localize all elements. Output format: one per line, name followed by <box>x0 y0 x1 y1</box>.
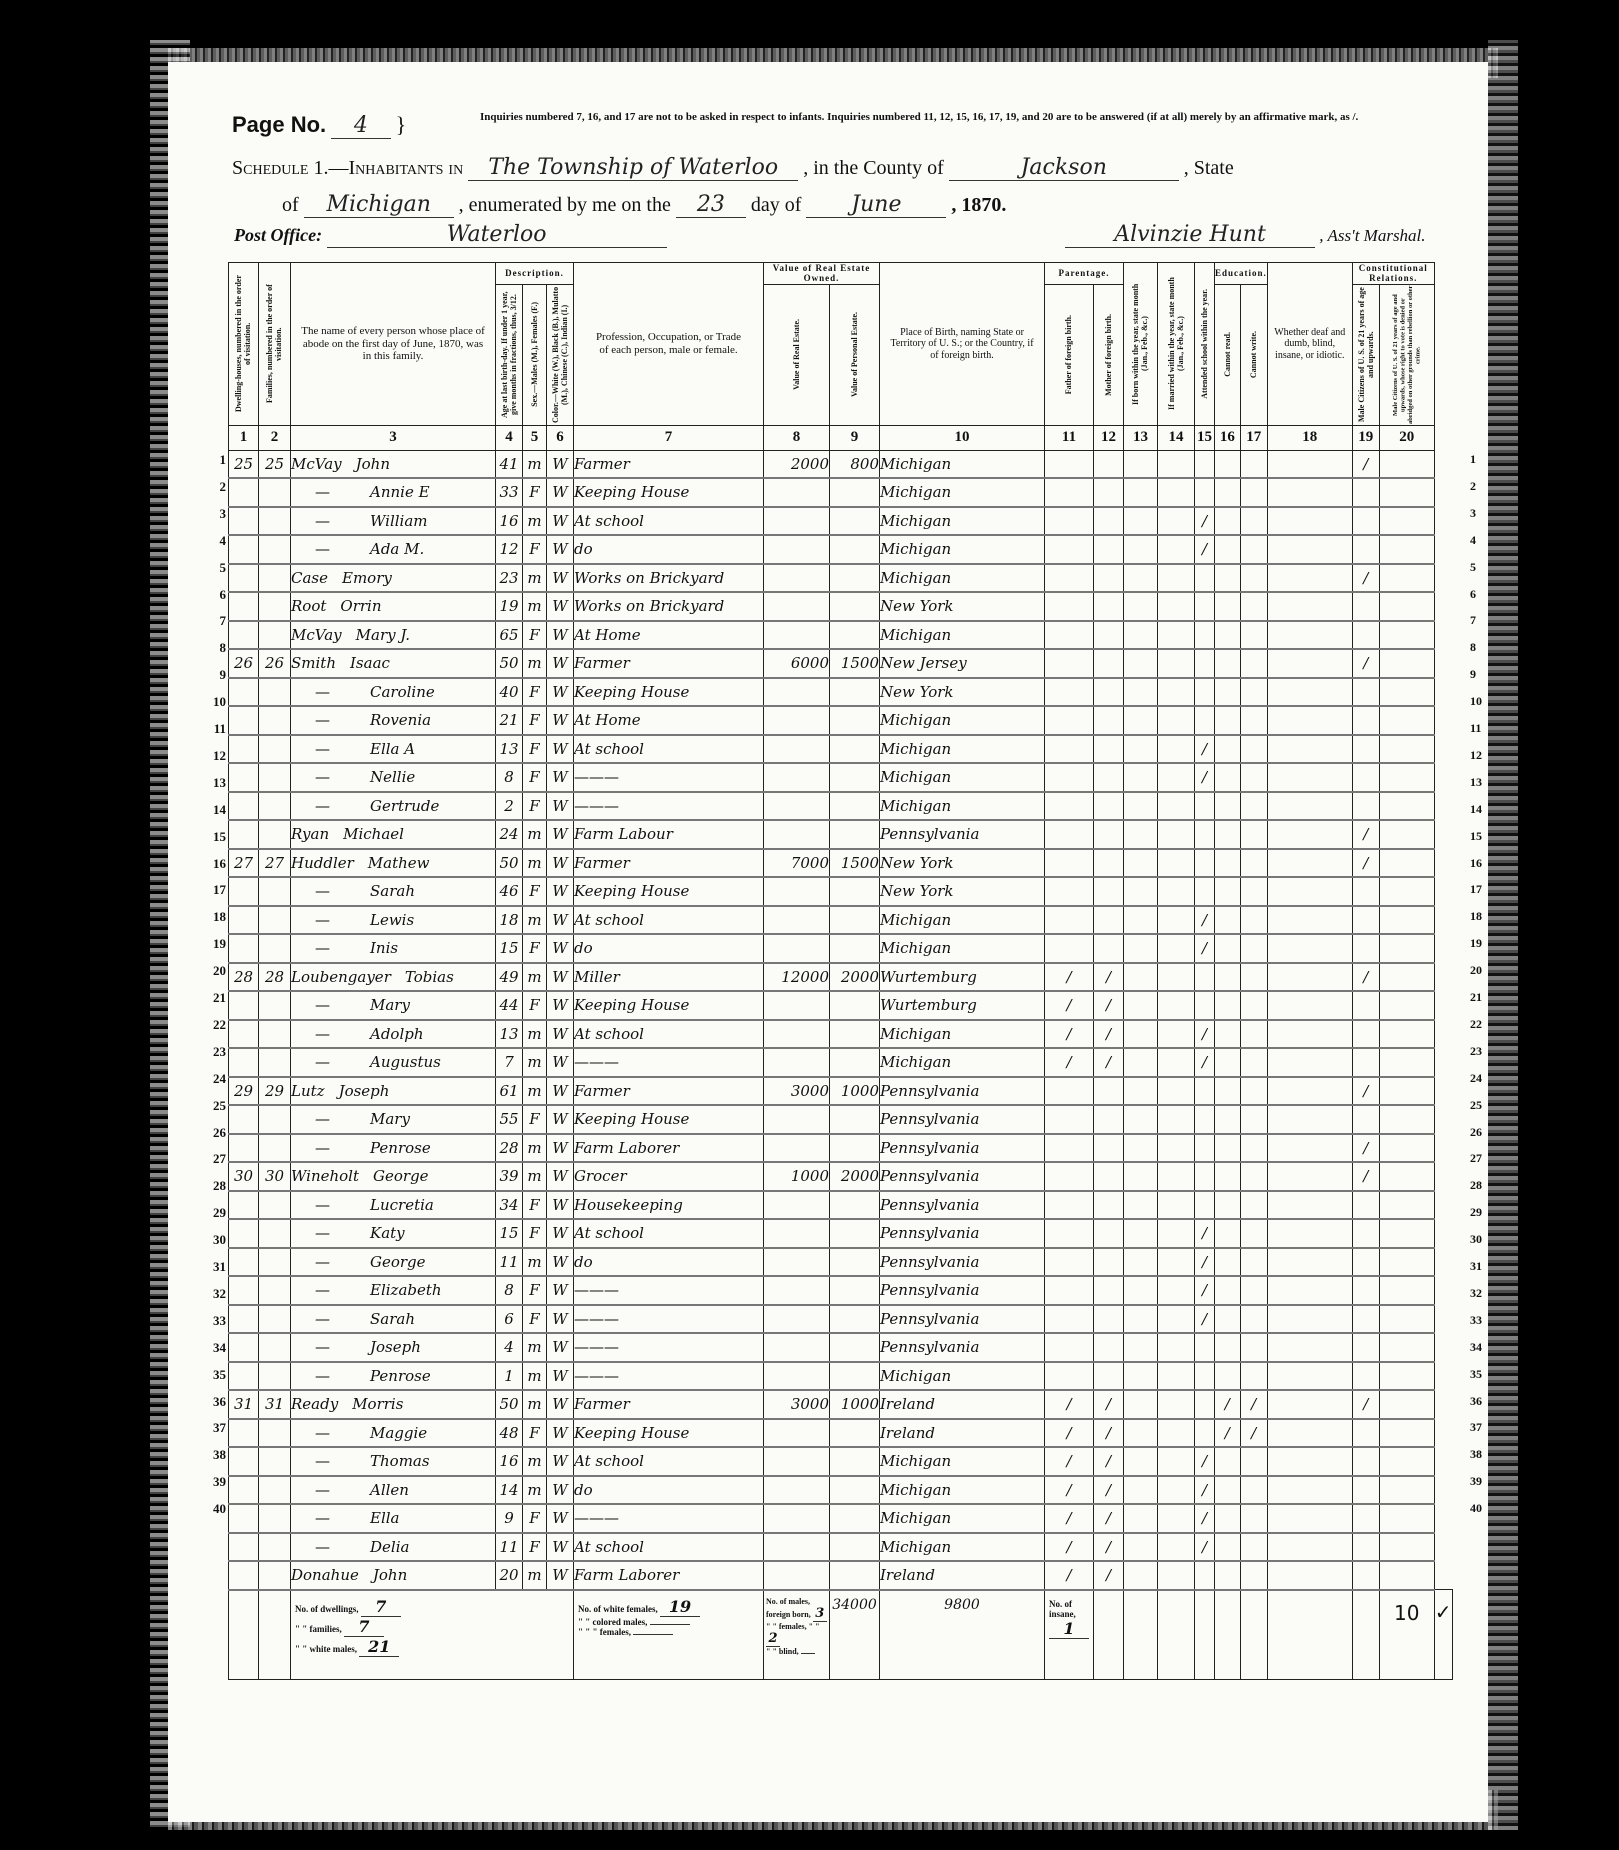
vote-denied <box>1379 1476 1434 1505</box>
age: 4 <box>496 1333 523 1362</box>
summary-foreign-females: " " females, " " 2 <box>766 1622 827 1647</box>
person-name: RootOrrin <box>291 592 496 621</box>
col16-header: Cannot read. <box>1223 332 1232 377</box>
deaf-blind-insane <box>1267 507 1352 536</box>
real-estate-value <box>764 934 830 963</box>
family-number <box>259 763 291 792</box>
married-within-year <box>1158 1162 1195 1191</box>
deaf-blind-insane <box>1267 1020 1352 1049</box>
census-row: RootOrrin19mWWorks on BrickyardNew York <box>229 592 1453 621</box>
color: W <box>547 877 574 906</box>
vote-denied <box>1379 763 1434 792</box>
mother-foreign-mark: / <box>1094 1476 1124 1505</box>
personal-estate-value <box>830 621 880 650</box>
color: W <box>547 1561 574 1590</box>
married-within-year <box>1158 735 1195 764</box>
dwelling-number <box>229 1219 259 1248</box>
age: 21 <box>496 706 523 735</box>
dwellings-value: 7 <box>361 1597 401 1617</box>
family-number <box>259 678 291 707</box>
line-number: 32 <box>198 1286 226 1302</box>
born-within-year <box>1124 849 1158 878</box>
state-field: Michigan <box>304 192 454 218</box>
deaf-blind-insane <box>1267 1134 1352 1163</box>
deaf-blind-insane <box>1267 1077 1352 1106</box>
cannot-write-mark <box>1240 763 1267 792</box>
vote-denied <box>1379 1305 1434 1334</box>
age: 28 <box>496 1134 523 1163</box>
given-name: Joseph <box>339 1082 390 1100</box>
sex: F <box>523 1533 547 1562</box>
born-within-year <box>1124 906 1158 935</box>
married-within-year <box>1158 1333 1195 1362</box>
real-estate-value <box>764 1476 830 1505</box>
sex: m <box>523 820 547 849</box>
real-estate-value <box>764 592 830 621</box>
vote-denied <box>1379 1248 1434 1277</box>
surname: — <box>315 768 330 786</box>
vote-denied <box>1379 934 1434 963</box>
vote-denied <box>1379 1162 1434 1191</box>
sex: m <box>523 1048 547 1077</box>
person-name: HuddlerMathew <box>291 849 496 878</box>
real-estate-value <box>764 906 830 935</box>
surname: — <box>315 740 330 758</box>
census-row: —Ella9FW———Michigan/// <box>229 1504 1453 1533</box>
deaf-blind-insane <box>1267 963 1352 992</box>
dwelling-number <box>229 1333 259 1362</box>
birthplace: Pennsylvania <box>880 1248 1045 1277</box>
family-number <box>259 1276 291 1305</box>
dwelling-number: 31 <box>229 1390 259 1419</box>
attended-school-mark <box>1195 877 1215 906</box>
surname: — <box>315 483 330 501</box>
dwelling-number <box>229 820 259 849</box>
married-within-year <box>1158 1476 1195 1505</box>
mother-foreign-mark <box>1094 1134 1124 1163</box>
citizen-mark: / <box>1352 1077 1379 1106</box>
instructions-note: Inquiries numbered 7, 16, and 17 are not… <box>480 110 1480 125</box>
cannot-read-mark <box>1215 820 1241 849</box>
cannot-read-mark <box>1215 507 1241 536</box>
dwelling-number <box>229 1105 259 1134</box>
occupation: Keeping House <box>574 478 764 507</box>
color: W <box>547 820 574 849</box>
person-name: —Mary <box>291 1105 496 1134</box>
citizen-mark <box>1352 478 1379 507</box>
married-within-year <box>1158 963 1195 992</box>
real-estate-value <box>764 763 830 792</box>
mother-foreign-mark: / <box>1094 1533 1124 1562</box>
birthplace: Michigan <box>880 1020 1045 1049</box>
birthplace: Pennsylvania <box>880 1333 1045 1362</box>
line-number: 26 <box>198 1125 226 1141</box>
born-within-year <box>1124 1191 1158 1220</box>
born-within-year <box>1124 1419 1158 1448</box>
cannot-read-mark <box>1215 1105 1241 1134</box>
age: 50 <box>496 1390 523 1419</box>
vote-denied <box>1379 1447 1434 1476</box>
born-within-year <box>1124 735 1158 764</box>
column-number-4: 4 <box>496 425 523 450</box>
surname: McVay <box>291 455 342 473</box>
line-number: 5 <box>198 560 226 576</box>
mother-foreign-mark <box>1094 678 1124 707</box>
birthplace: Ireland <box>880 1561 1045 1590</box>
census-row: —Katy15FWAt schoolPennsylvania/ <box>229 1219 1453 1248</box>
vote-denied <box>1379 649 1434 678</box>
sex: F <box>523 706 547 735</box>
birthplace: Michigan <box>880 1048 1045 1077</box>
citizen-mark: / <box>1352 564 1379 593</box>
mother-foreign-mark <box>1094 507 1124 536</box>
column-number-3: 3 <box>291 425 496 450</box>
attended-school-mark <box>1195 1077 1215 1106</box>
citizen-mark <box>1352 1305 1379 1334</box>
real-estate-value: 2000 <box>764 450 830 478</box>
color: W <box>547 991 574 1020</box>
mother-foreign-mark <box>1094 535 1124 564</box>
sex: m <box>523 906 547 935</box>
family-number <box>259 1105 291 1134</box>
sex: m <box>523 450 547 478</box>
vote-denied <box>1379 1219 1434 1248</box>
color: W <box>547 478 574 507</box>
real-estate-value <box>764 678 830 707</box>
person-name: —Caroline <box>291 678 496 707</box>
mother-foreign-mark <box>1094 478 1124 507</box>
mother-foreign-mark <box>1094 735 1124 764</box>
census-row: —Mary55FWKeeping HousePennsylvania <box>229 1105 1453 1134</box>
marshal-line: Alvinzie Hunt , Ass't Marshal. <box>1065 222 1426 248</box>
age: 19 <box>496 592 523 621</box>
line-number-right: 33 <box>1470 1313 1492 1328</box>
person-name: McVayJohn <box>291 450 496 478</box>
cannot-write-mark <box>1240 1333 1267 1362</box>
person-name: —Rovenia <box>291 706 496 735</box>
line-number-right: 16 <box>1470 856 1492 871</box>
insane-value: 1 <box>1049 1619 1089 1639</box>
sex: F <box>523 1276 547 1305</box>
deaf-blind-insane <box>1267 535 1352 564</box>
sex: F <box>523 792 547 821</box>
personal-estate-value <box>830 735 880 764</box>
attended-school-mark <box>1195 1162 1215 1191</box>
census-row: —Lucretia34FWHousekeepingPennsylvania <box>229 1191 1453 1220</box>
census-row: —George11mWdoPennsylvania/ <box>229 1248 1453 1277</box>
deaf-blind-insane <box>1267 678 1352 707</box>
age: 13 <box>496 1020 523 1049</box>
father-foreign-mark <box>1045 621 1094 650</box>
citizen-mark: / <box>1352 649 1379 678</box>
personal-estate-value <box>830 1419 880 1448</box>
surname: — <box>315 1281 330 1299</box>
cannot-read-mark <box>1215 1020 1241 1049</box>
citizen-mark: / <box>1352 963 1379 992</box>
occupation: Farm Laborer <box>574 1134 764 1163</box>
total-real-estate: 34000 <box>830 1590 880 1680</box>
born-within-year <box>1124 991 1158 1020</box>
summary-row: No. of dwellings, 7 " " families, 7 " " … <box>229 1590 1453 1680</box>
birthplace: Michigan <box>880 735 1045 764</box>
personal-estate-value <box>830 763 880 792</box>
age: 14 <box>496 1476 523 1505</box>
birthplace: Wurtemburg <box>880 963 1045 992</box>
vote-denied <box>1379 1276 1434 1305</box>
citizen-mark <box>1352 535 1379 564</box>
attended-school-mark: / <box>1195 507 1215 536</box>
schedule-line: Schedule 1.—Inhabitants in The Township … <box>232 155 1234 181</box>
line-number: 2 <box>198 479 226 495</box>
born-within-year <box>1124 1134 1158 1163</box>
line-number-right: 14 <box>1470 802 1492 817</box>
sex: m <box>523 649 547 678</box>
vote-denied <box>1379 1561 1434 1590</box>
married-within-year <box>1158 1447 1195 1476</box>
given-name: Katy <box>370 1224 405 1242</box>
cannot-write-mark <box>1240 906 1267 935</box>
column-number-11: 11 <box>1045 425 1094 450</box>
vote-denied <box>1379 621 1434 650</box>
col9-header: Value of Personal Estate. <box>850 312 859 397</box>
birthplace: Pennsylvania <box>880 1077 1045 1106</box>
attended-school-mark: / <box>1195 1476 1215 1505</box>
family-number <box>259 1134 291 1163</box>
sex: F <box>523 991 547 1020</box>
cannot-write-mark <box>1240 1305 1267 1334</box>
age: 40 <box>496 678 523 707</box>
census-row: —Sarah46FWKeeping HouseNew York <box>229 877 1453 906</box>
real-estate-value <box>764 621 830 650</box>
father-foreign-mark: / <box>1045 1390 1094 1419</box>
person-name: ReadyMorris <box>291 1390 496 1419</box>
born-within-year <box>1124 1390 1158 1419</box>
given-name: John <box>373 1566 407 1584</box>
given-name: Mary <box>370 996 410 1014</box>
birthplace: New York <box>880 678 1045 707</box>
personal-estate-value <box>830 1504 880 1533</box>
married-within-year <box>1158 1276 1195 1305</box>
column-number-16: 16 <box>1215 425 1241 450</box>
occupation: At school <box>574 1533 764 1562</box>
father-foreign-mark: / <box>1045 1048 1094 1077</box>
sex: m <box>523 1476 547 1505</box>
family-number <box>259 820 291 849</box>
surname: — <box>315 1110 330 1128</box>
vote-denied <box>1379 963 1434 992</box>
age: 39 <box>496 1162 523 1191</box>
citizen-mark <box>1352 621 1379 650</box>
line-number-right: 9 <box>1470 667 1492 682</box>
surname: Case <box>291 569 328 587</box>
cannot-read-mark <box>1215 1333 1241 1362</box>
cannot-write-mark <box>1240 450 1267 478</box>
vote-denied <box>1379 1048 1434 1077</box>
census-row: DonahueJohn20mWFarm LaborerIreland// <box>229 1561 1453 1590</box>
attended-school-mark: / <box>1195 1248 1215 1277</box>
real-estate-value <box>764 1048 830 1077</box>
line-number-right: 2 <box>1470 479 1492 494</box>
dwelling-number <box>229 1533 259 1562</box>
mother-foreign-mark <box>1094 1105 1124 1134</box>
cannot-write-mark <box>1240 478 1267 507</box>
father-foreign-mark <box>1045 507 1094 536</box>
cannot-read-mark <box>1215 877 1241 906</box>
father-foreign-mark <box>1045 1162 1094 1191</box>
schedule-label: Schedule 1.—Inhabitants in <box>232 157 463 179</box>
father-foreign-mark <box>1045 1248 1094 1277</box>
family-number <box>259 1561 291 1590</box>
citizen-mark <box>1352 1333 1379 1362</box>
citizen-mark <box>1352 592 1379 621</box>
line-number-right: 19 <box>1470 936 1492 951</box>
deaf-blind-insane <box>1267 991 1352 1020</box>
dwelling-number <box>229 792 259 821</box>
real-estate-value <box>764 1191 830 1220</box>
given-name: Mary <box>370 1110 410 1128</box>
citizen-mark: / <box>1352 1162 1379 1191</box>
person-name: —Sarah <box>291 1305 496 1334</box>
family-number <box>259 906 291 935</box>
surname: — <box>315 683 330 701</box>
father-foreign-mark <box>1045 735 1094 764</box>
personal-estate-value <box>830 991 880 1020</box>
color: W <box>547 649 574 678</box>
real-estate-value <box>764 706 830 735</box>
attended-school-mark: / <box>1195 1048 1215 1077</box>
married-within-year <box>1158 1533 1195 1562</box>
line-number: 27 <box>198 1151 226 1167</box>
occupation: ——— <box>574 1048 764 1077</box>
father-foreign-mark <box>1045 820 1094 849</box>
line-number: 14 <box>198 802 226 818</box>
col15-header: Attended school within the year. <box>1200 289 1209 399</box>
color: W <box>547 1504 574 1533</box>
surname: — <box>315 1025 330 1043</box>
birthplace: Michigan <box>880 1533 1045 1562</box>
day-of-label: day of <box>751 194 802 216</box>
census-row: —Penrose28mWFarm LaborerPennsylvania/ <box>229 1134 1453 1163</box>
cannot-read-mark <box>1215 849 1241 878</box>
census-row: —Gertrude2FW———Michigan <box>229 792 1453 821</box>
occupation: Miller <box>574 963 764 992</box>
dwelling-number <box>229 678 259 707</box>
father-foreign-mark <box>1045 1333 1094 1362</box>
born-within-year <box>1124 1020 1158 1049</box>
personal-estate-value <box>830 1362 880 1391</box>
attended-school-mark: / <box>1195 906 1215 935</box>
birthplace: Michigan <box>880 763 1045 792</box>
post-office-label: Post Office: <box>234 225 322 245</box>
census-row: —Sarah6FW———Pennsylvania/ <box>229 1305 1453 1334</box>
occupation: Farmer <box>574 450 764 478</box>
value-group-header: Value of Real Estate Owned. <box>764 263 880 285</box>
real-estate-value <box>764 1362 830 1391</box>
line-number-right: 29 <box>1470 1205 1492 1220</box>
age: 7 <box>496 1048 523 1077</box>
personal-estate-value <box>830 1476 880 1505</box>
scan-border-right <box>1488 40 1518 1830</box>
born-within-year <box>1124 507 1158 536</box>
dwelling-number <box>229 934 259 963</box>
sex: m <box>523 1333 547 1362</box>
occupation: Works on Brickyard <box>574 564 764 593</box>
dwelling-number <box>229 478 259 507</box>
cannot-read-mark <box>1215 735 1241 764</box>
birthplace: Pennsylvania <box>880 1191 1045 1220</box>
census-row: 2929LutzJoseph61mWFarmer30001000Pennsylv… <box>229 1077 1453 1106</box>
occupation: Farmer <box>574 649 764 678</box>
post-office-line: Post Office: Waterloo <box>234 222 667 248</box>
line-number: 8 <box>198 640 226 656</box>
citizen-mark <box>1352 934 1379 963</box>
born-within-year <box>1124 535 1158 564</box>
deaf-blind-insane <box>1267 450 1352 478</box>
surname: Donahue <box>291 1566 359 1584</box>
cannot-write-mark <box>1240 792 1267 821</box>
age: 13 <box>496 735 523 764</box>
family-number <box>259 1191 291 1220</box>
given-name: Sarah <box>370 1310 415 1328</box>
attended-school-mark <box>1195 592 1215 621</box>
cannot-write-mark <box>1240 1105 1267 1134</box>
personal-estate-value: 800 <box>830 450 880 478</box>
surname: — <box>315 1509 330 1527</box>
married-within-year <box>1158 1048 1195 1077</box>
born-within-year <box>1124 1476 1158 1505</box>
mother-foreign-mark <box>1094 820 1124 849</box>
color: W <box>547 450 574 478</box>
married-within-year <box>1158 1504 1195 1533</box>
real-estate-value: 6000 <box>764 649 830 678</box>
real-estate-value: 3000 <box>764 1077 830 1106</box>
person-name: —Elizabeth <box>291 1276 496 1305</box>
mother-foreign-mark <box>1094 763 1124 792</box>
age: 2 <box>496 792 523 821</box>
cannot-read-mark <box>1215 706 1241 735</box>
mother-foreign-mark <box>1094 1362 1124 1391</box>
color: W <box>547 1134 574 1163</box>
personal-estate-value <box>830 1305 880 1334</box>
occupation: ——— <box>574 763 764 792</box>
census-row: —Thomas16mWAt schoolMichigan/// <box>229 1447 1453 1476</box>
real-estate-value <box>764 991 830 1020</box>
age: 18 <box>496 906 523 935</box>
real-estate-value <box>764 507 830 536</box>
surname: — <box>315 797 330 815</box>
surname: Ready <box>291 1395 338 1413</box>
occupation: Grocer <box>574 1162 764 1191</box>
surname: — <box>315 711 330 729</box>
cannot-read-mark <box>1215 1134 1241 1163</box>
dwelling-number <box>229 1248 259 1277</box>
vote-denied <box>1379 1419 1434 1448</box>
father-foreign-mark <box>1045 792 1094 821</box>
deaf-blind-insane <box>1267 1305 1352 1334</box>
personal-estate-value: 1000 <box>830 1390 880 1419</box>
cannot-read-mark <box>1215 1305 1241 1334</box>
personal-estate-value <box>830 1447 880 1476</box>
personal-estate-value <box>830 820 880 849</box>
born-within-year <box>1124 877 1158 906</box>
header-group-row: Dwelling-houses, numbered in the order o… <box>229 263 1453 285</box>
sex: F <box>523 1305 547 1334</box>
dwelling-number <box>229 1191 259 1220</box>
line-number: 3 <box>198 506 226 522</box>
vote-denied <box>1379 592 1434 621</box>
line-number: 19 <box>198 936 226 952</box>
surname: — <box>315 1538 330 1556</box>
